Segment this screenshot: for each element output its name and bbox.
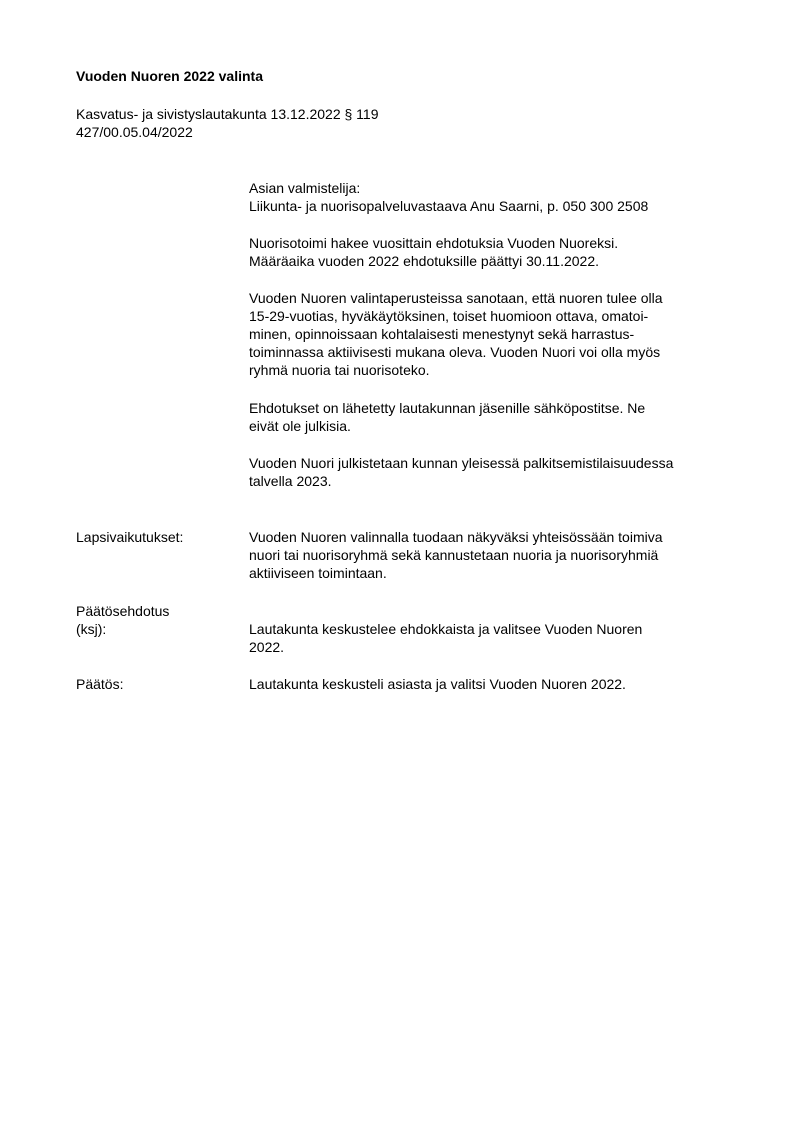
paragraph-line: 2022. bbox=[249, 638, 749, 656]
body-paragraph-1: Nuorisotoimi hakee vuosittain ehdotuksia… bbox=[249, 234, 749, 270]
meeting-line: Kasvatus- ja sivistyslautakunta 13.12.20… bbox=[76, 105, 378, 123]
proposal-label-line2: (ksj): bbox=[76, 620, 106, 638]
paragraph-line: Vuoden Nuoren valintaperusteissa sanotaa… bbox=[249, 289, 749, 307]
child-impact-label: Lapsivaikutukset: bbox=[76, 528, 183, 546]
paragraph-line: toiminnassa aktiivisesti mukana oleva. V… bbox=[249, 343, 749, 361]
paragraph-line: Vuoden Nuori julkistetaan kunnan yleises… bbox=[249, 454, 749, 472]
body-paragraph-2: Vuoden Nuoren valintaperusteissa sanotaa… bbox=[249, 289, 749, 379]
paragraph-line: minen, opinnoissaan kohtalaisesti menest… bbox=[249, 325, 749, 343]
paragraph-line: talvella 2023. bbox=[249, 472, 749, 490]
paragraph-line: eivät ole julkisia. bbox=[249, 417, 749, 435]
body-paragraph-4: Vuoden Nuori julkistetaan kunnan yleises… bbox=[249, 454, 749, 490]
decision-text: Lautakunta keskusteli asiasta ja valitsi… bbox=[249, 675, 749, 693]
paragraph-line: ryhmä nuoria tai nuorisoteko. bbox=[249, 361, 749, 379]
body-paragraph-3: Ehdotukset on lähetetty lautakunnan jäse… bbox=[249, 399, 749, 435]
paragraph-line: Lautakunta keskustelee ehdokkaista ja va… bbox=[249, 620, 749, 638]
preparer-label: Asian valmistelija: bbox=[249, 179, 749, 197]
paragraph-line: 15-29-vuotias, hyväkäytöksinen, toiset h… bbox=[249, 307, 749, 325]
preparer-person: Liikunta- ja nuorisopalveluvastaava Anu … bbox=[249, 197, 749, 215]
document-title: Vuoden Nuoren 2022 valinta bbox=[76, 67, 263, 85]
paragraph-line: Määräaika vuoden 2022 ehdotuksille päätt… bbox=[249, 252, 749, 270]
paragraph-line: Ehdotukset on lähetetty lautakunnan jäse… bbox=[249, 399, 749, 417]
paragraph-line: Nuorisotoimi hakee vuosittain ehdotuksia… bbox=[249, 234, 749, 252]
paragraph-line: Vuoden Nuoren valinnalla tuodaan näkyväk… bbox=[249, 528, 749, 546]
preparer-block: Asian valmistelija: Liikunta- ja nuoriso… bbox=[249, 179, 749, 215]
proposal-label-line1: Päätösehdotus bbox=[76, 602, 169, 620]
paragraph-line: nuori tai nuorisoryhmä sekä kannustetaan… bbox=[249, 546, 749, 564]
decision-label: Päätös: bbox=[76, 675, 123, 693]
paragraph-line: aktiiviseen toimintaan. bbox=[249, 564, 749, 582]
reference-number: 427/00.05.04/2022 bbox=[76, 123, 193, 141]
paragraph-line: Lautakunta keskusteli asiasta ja valitsi… bbox=[249, 675, 749, 693]
child-impact-text: Vuoden Nuoren valinnalla tuodaan näkyväk… bbox=[249, 528, 749, 582]
proposal-text: Lautakunta keskustelee ehdokkaista ja va… bbox=[249, 620, 749, 656]
